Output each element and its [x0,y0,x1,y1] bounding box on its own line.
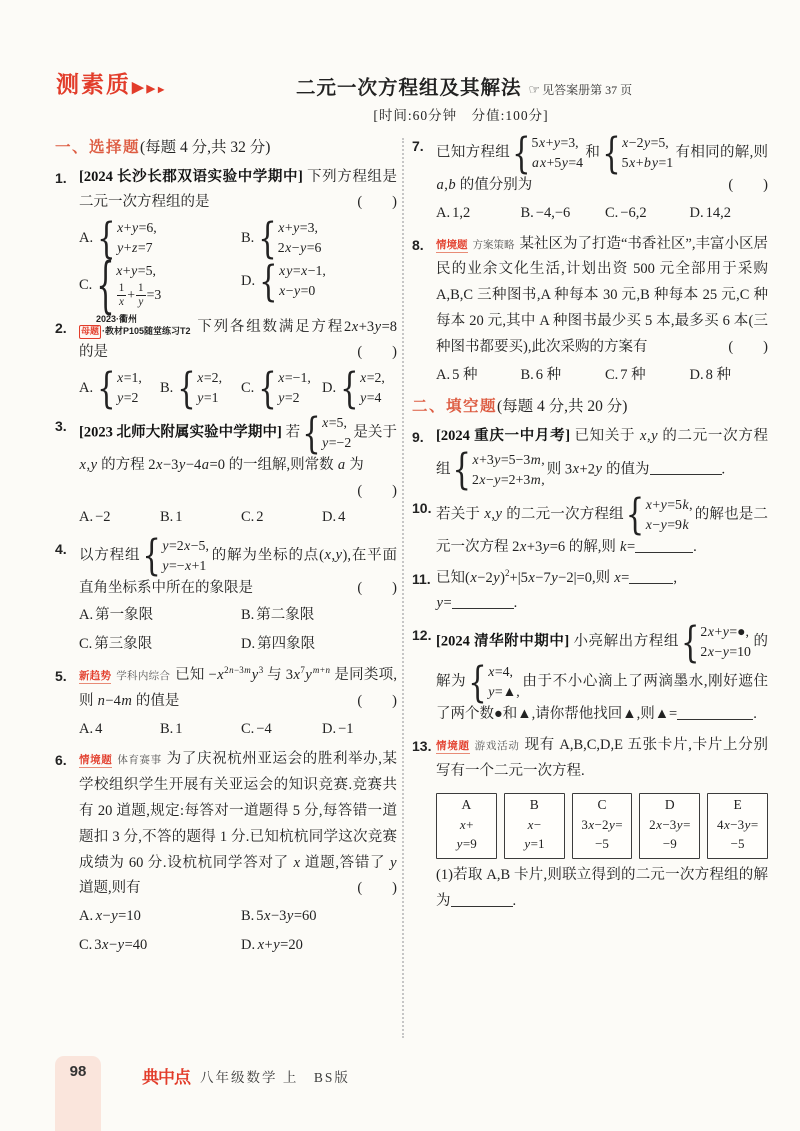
fraction: 1x [117,282,127,308]
math-run: −2 [95,509,110,525]
text-run: 与 [263,667,286,683]
brace-icon: { [602,132,620,174]
text-run: 第四象限 [257,636,315,652]
brace-icon: { [468,661,486,703]
text-run: 已知 [436,570,465,586]
option-label: B. [521,205,534,221]
card-line: y=9 [437,834,496,854]
tag-subcategory: 体育赛事 [117,755,161,766]
math-run: 2x−y=2+3m, [472,470,545,490]
answer-paren: () [357,576,397,602]
option-label: C. [241,509,254,525]
option-label: D. [241,273,255,289]
problem: 3.[2023 北师大附属实验中学期中] 若{x=5,y=−2是关于 x,y 的… [55,413,397,530]
problem-number: 2. [55,316,67,341]
equation-line: x=5, [322,413,347,433]
option: B.{x+y=3,2x−y=6 [241,218,397,258]
topic-tag: 情境题方案策略 [436,240,515,251]
text-run: 8 种 [706,367,731,383]
equation-line: 2x+y=●, [700,622,749,642]
problem: 11.已知(x−2y)2+|5x−7y−2|=0,则 x=,y=. [412,566,768,618]
math-run: x+y=6, [117,218,157,238]
section-paren: (每题 4 分,共 20 分) [497,398,627,415]
math-run: x−y=0 [279,281,316,301]
system-equations: x=4,y=▲, [488,662,520,702]
equation-line: x+y=6, [117,218,157,238]
math-run: 1 [175,509,182,525]
math-run: 1,2 [452,205,470,221]
text-run: 第二象限 [256,607,314,623]
text-run: ,则 [592,570,614,586]
option-label: B. [241,607,254,623]
equation-system: {x+y=5k,x−y=9k [626,495,693,535]
math-run: 2 [256,509,263,525]
answer-blank [650,460,722,475]
math-run: x−y=10 [95,908,141,924]
math-run: −x2n−3my3 [209,667,264,683]
option-label: D. [690,367,704,383]
option: A.x−y=10 [79,904,235,930]
section-header: 二、填空题(每题 4 分,共 20 分) [412,393,768,421]
publisher-logo: 典中点 [142,1063,190,1088]
column-divider [402,138,404,1038]
brace-icon: { [453,449,471,491]
text-run: = [627,539,635,555]
answer-paren: () [357,479,397,505]
equation-system: {2x+y=●,2x−y=10 [681,622,751,662]
system-equations: x+y=3,2x−y=6 [278,218,322,258]
problem-number: 11. [412,567,431,592]
edition-label: 八年级数学 上 BS版 [200,1066,350,1086]
brace-icon: { [258,217,276,259]
brace-icon: { [142,535,160,577]
text-run: 道题,答错了 [301,855,390,871]
math-run: x,y [484,506,503,522]
math-run: ax+5y=4 [532,153,584,173]
option: C.7 种 [605,363,684,389]
problem-number: 1. [55,166,67,191]
source-ref: [2023 北师大附属实验中学期中] [79,425,286,441]
equation-line: xy=x−1, [279,261,326,281]
option: D.{x=2,y=4 [322,368,397,408]
answer-ref: ☞见答案册第 37 页 [529,81,633,100]
brace-icon: { [302,412,320,454]
text-run: . [753,706,757,722]
math-run: x=4, [488,662,513,682]
equation-line: y=▲, [488,682,520,702]
superscript: 2 [505,568,510,578]
equation-card: Bx−y=1 [504,793,565,859]
brace-icon: { [626,494,644,536]
math-run: −1 [338,721,353,737]
option-label: D. [241,937,255,953]
math-run: x=2, [197,368,222,388]
math-run: (x,y) [319,547,347,563]
math-run: x,y [640,428,659,444]
equation-system: {5x+y=3,ax+5y=4 [512,133,583,173]
option: D.8 种 [690,363,769,389]
equation-line: x=2, [197,368,222,388]
text-run: 的值分别为 [456,177,532,193]
tag-category: 情境题 [436,240,468,253]
math-run: 5x−3y=60 [256,908,316,924]
system-equations: x+y=5k,x−y=9k [645,495,692,535]
option: D.14,2 [690,201,769,227]
system-equations: 2x+y=●,2x−y=10 [700,622,751,662]
text-run: 的方程 [98,457,149,473]
option-label: C. [79,636,92,652]
math-run: y [390,855,397,871]
equation-line: y=4 [360,388,382,408]
math-run: 2x−y=6 [278,238,322,258]
equation-system: {x=2,y=4 [340,368,385,408]
text-run: 的二元一次方程组 [502,506,623,522]
answer-blank [452,594,514,609]
equation-system: {x+3y=5−3m,2x−y=2+3m, [453,450,545,490]
superscript: 2n−3m [224,665,251,675]
math-run: x−2y=5, [622,133,669,153]
math-run: 2x+3y=6 [512,539,565,555]
source-ref: [2024 长沙长郡双语实验中学期中] [79,169,307,185]
system-equations: x=2,y=4 [360,368,385,408]
option-label: C. [79,277,92,293]
brand-label: 测素质 [56,71,131,97]
option-label: A. [79,908,93,924]
card-line: x+ [437,815,496,835]
brace-icon: { [681,621,699,663]
tag-category: 新趋势 [79,671,111,684]
system-equations: x=2,y=1 [197,368,222,408]
card-label: D [640,795,699,815]
superscript: m+n [312,665,330,675]
option-label: A. [436,205,450,221]
card-label: A [437,795,496,815]
system-equations: x+y=6,y+z=7 [117,218,157,258]
text-run: = [443,595,451,611]
equation-line: ax+5y=4 [532,153,584,173]
equation-card: D2x−3y=−9 [639,793,700,859]
source-tag-year: 2023·衢州 [79,314,191,326]
option-label: B. [241,230,254,246]
text-run: 则 [547,461,565,477]
option: B.1 [160,505,235,531]
option: B.5x−3y=60 [241,904,397,930]
problem-number: 6. [55,748,67,773]
equation-system: {x=2,y=1 [177,368,222,408]
math-run: 4 [95,721,102,737]
fraction-numerator: 1 [117,282,127,296]
answer-paren: () [728,173,768,199]
math-run: y=−x+1 [162,556,207,576]
card-line: −5 [573,834,632,854]
equation-system: {xy=x−1,x−y=0 [259,261,326,301]
math-run: y=4 [360,388,382,408]
problem: 5.新趋势学科内综合已知 −x2n−3my3 与 3x7ym+n 是同类项,则 … [55,663,397,742]
section-label: 一、选择题 [55,139,140,156]
system-equations: 5x+y=3,ax+5y=4 [532,133,584,173]
card-line: y=1 [505,834,564,854]
equation-line: y=1 [197,388,219,408]
option-label: C. [79,937,92,953]
brand-arrows-icon: ▶▶▶ [131,71,166,97]
text-run: 的是 [79,344,108,360]
math-run: x=−1, [278,368,311,388]
equation-line: 1x+1y=3 [116,281,162,309]
math-run: + [127,285,135,305]
equation-line: y=2 [117,388,139,408]
text-run: 第一象限 [95,607,153,623]
math-run: x+y=20 [257,937,303,953]
equation-system: {x=−1,y=2 [258,368,311,408]
text-run: 已知 [175,667,208,683]
page-footer: 典中点 八年级数学 上 BS版 [142,1063,350,1088]
equation-line: x−y=0 [279,281,316,301]
system-equations: x+3y=5−3m,2x−y=2+3m, [472,450,545,490]
math-run: 2x−3y−4a=0 [148,457,225,473]
equation-line: x=1, [117,368,142,388]
equation-line: 5x+by=1 [622,153,674,173]
option: C.−4 [241,717,316,743]
text-run: 道题,则有 [79,880,141,896]
option: C.{x+y=5,1x+1y=3 [79,261,235,309]
math-run: x+y=5k, [645,495,692,515]
option-label: D. [322,721,336,737]
option-label: D. [690,205,704,221]
card-line: x− [505,815,564,835]
options: A.{x=1,y=2B.{x=2,y=1C.{x=−1,y=2D.{x=2,y=… [79,368,397,408]
option: A.4 [79,717,154,743]
math-run: y=−2 [322,433,352,453]
card-label: B [505,795,564,815]
section-paren: (每题 4 分,共 32 分) [140,139,270,156]
answer-paren: () [357,340,397,366]
math-run: y=2 [278,388,300,408]
option: D.第四象限 [241,632,397,658]
answer-paren: () [357,190,397,216]
section-header: 一、选择题(每题 4 分,共 32 分) [55,134,397,162]
math-run: x+y=3, [278,218,318,238]
math-run: y=2x−5, [162,536,209,556]
text-run: 的一组解,则常数 [225,457,337,473]
brace-icon: { [259,260,277,302]
problem: 1.[2024 长沙长郡双语实验中学期中] 下列方程组是二元一次方程组的是()A… [55,165,397,310]
math-run: −4 [256,721,271,737]
fraction-denominator: y [136,296,146,309]
text-run: 有相同的解,则 [675,144,768,160]
math-run: x+3y=5−3m, [472,450,545,470]
brace-icon: { [512,132,530,174]
problem: 12.[2024 清华附中期中] 小亮解出方程组{2x+y=●,2x−y=10的… [412,622,768,728]
math-run: 3x−y=40 [94,937,147,953]
fraction: 1y [136,282,146,308]
option-label: D. [241,636,255,652]
card-label: E [708,795,767,815]
card-line: 3x−2y= [573,815,632,835]
problem-number: 13. [412,734,431,759]
math-run: x,y [79,457,98,473]
option: C.第三象限 [79,632,235,658]
tag-category: 情境题 [436,741,470,754]
problem-number: 10. [412,496,431,521]
equation-line: 2x−y=2+3m, [472,470,545,490]
option: D.x+y=20 [241,933,397,959]
option: B.6 种 [521,363,600,389]
topic-tag: 情境题游戏活动 [436,741,520,752]
option: B.1 [160,717,235,743]
equation-line: x=4, [488,662,513,682]
mother-problem-badge: 母题 [79,325,101,339]
math-run: a [337,457,345,473]
problem: 9.[2024 重庆一中月考] 已知关于 x,y 的二元一次方程组{x+3y=5… [412,424,768,490]
option: D.{xy=x−1,x−y=0 [241,261,397,309]
equation-card: C3x−2y=−5 [572,793,633,859]
equation-line: x+y=5, [116,261,156,281]
math-run: n−4m [97,693,132,709]
option-label: B. [160,721,173,737]
text-run: 7 种 [620,367,645,383]
tag-subcategory: 方案策略 [473,240,515,251]
equation-system: {x=1,y=2 [97,368,142,408]
equation-line: x=2, [360,368,385,388]
problem-number: 12. [412,623,431,648]
option: A.{x=1,y=2 [79,368,154,408]
equation-system: {x+y=3,2x−y=6 [258,218,321,258]
equation-line: x+3y=5−3m, [472,450,545,470]
math-run: y+z=7 [117,238,153,258]
math-run: xy=x−1, [279,261,326,281]
option-label: B. [521,367,534,383]
option-label: A. [79,509,93,525]
page-title: 二元一次方程组及其解法 [296,72,522,100]
problem: 7.已知方程组{5x+y=3,ax+5y=4和{x−2y=5,5x+by=1有相… [412,133,768,227]
equation-line: y=2 [278,388,300,408]
section-label: 二、填空题 [412,398,497,415]
column-1: 一、选择题(每题 4 分,共 32 分)1.[2024 长沙长郡双语实验中学期中… [55,133,397,964]
text-run: 已知方程组 [436,144,510,160]
problem-number: 5. [55,664,67,689]
worksheet-page: 测素质▶▶▶ 二元一次方程组及其解法 ☞见答案册第 37 页 [时间:60分钟 … [0,0,800,1131]
equation-line: x=−1, [278,368,311,388]
math-run: 3x7ym+n [286,667,331,683]
options: A.x−y=10B.5x−3y=60C.3x−y=40D.x+y=20 [79,904,397,959]
option: B.{x=2,y=1 [160,368,235,408]
source-ref: [2024 清华附中期中] [436,633,573,649]
text-run: 下列各组数满足方程 [196,319,344,335]
option: C.−6,2 [605,201,684,227]
text-run: 是关于 [353,425,397,441]
equation-line: y=2x−5, [162,536,209,556]
text-run: . [722,461,726,477]
options: A.4B.1C.−4D.−1 [79,717,397,743]
option: C.{x=−1,y=2 [241,368,316,408]
options: A.{x+y=6,y+z=7B.{x+y=3,2x−y=6C.{x+y=5,1x… [79,218,397,309]
option-label: B. [241,908,254,924]
page-number-box: 98 [55,1056,101,1131]
equation-line: y=−2 [322,433,352,453]
source-tag: 2023·衢州母题·教材P105随堂练习T2 [79,314,191,339]
text-run: . [693,539,697,555]
text-run: 的解为坐标的点 [211,547,319,563]
equation-system: {x−2y=5,5x+by=1 [602,133,673,173]
equation-system: {x=4,y=▲, [468,662,519,702]
system-equations: y=2x−5,y=−x+1 [162,536,209,576]
math-run: 2x+y=●, [700,622,749,642]
equation-system: {x=5,y=−2 [302,413,351,453]
text-run: 小亮解出方程组 [573,633,678,649]
answer-blank [451,892,513,907]
text-run: 6 种 [536,367,561,383]
math-run: 4 [338,509,345,525]
answer-blank [629,569,673,584]
option-label: A. [79,607,93,623]
equation-line: x−2y=5, [622,133,669,153]
problem: 8.情境题方案策略某社区为了打造“书香社区”,丰富小区居民的业余文化生活,计划出… [412,232,768,389]
answer-blank [677,705,753,720]
math-run: 5x+y=3, [532,133,579,153]
equation-line: x+y=3, [278,218,318,238]
equation-line: 5x+y=3, [532,133,579,153]
math-run: 3x+2y [565,461,603,477]
equation-line: x−y=9k [645,515,689,535]
card-line: 4x−3y= [708,815,767,835]
source-ref: [2024 重庆一中月考] [436,428,574,444]
text-run: 若关于 [436,506,484,522]
equation-card: Ax+y=9 [436,793,497,859]
problem-number: 3. [55,414,67,439]
math-run: 2x−y=10 [700,642,751,662]
option-label: D. [322,509,336,525]
option: B.第二象限 [241,603,397,629]
math-run: x=1, [117,368,142,388]
options: A.5 种B.6 种C.7 种D.8 种 [436,363,768,389]
brace-icon: { [258,367,276,409]
text-run: 的值为 [602,461,649,477]
math-run: −6,2 [620,205,646,221]
text-run: = [621,570,629,586]
text-run: 5 种 [452,367,477,383]
brace-icon: { [96,255,114,316]
text-run: 若 [286,425,301,441]
option-label: B. [160,380,173,396]
tag-category: 情境题 [79,755,112,768]
options: A.第一象限B.第二象限C.第三象限D.第四象限 [79,603,397,658]
math-run: x=2, [360,368,385,388]
equation-card: E4x−3y=−5 [707,793,768,859]
equation-line: 2x−y=6 [278,238,322,258]
option-label: D. [322,380,336,396]
math-run: y=2 [117,388,139,408]
option: C.3x−y=40 [79,933,235,959]
option: D.4 [322,505,397,531]
text-run: 的值是 [132,693,179,709]
option-label: A. [79,721,93,737]
equation-line: x+y=5k, [645,495,692,515]
equation-line: y=−x+1 [162,556,207,576]
option: A.5 种 [436,363,515,389]
answer-paren: () [728,335,768,361]
math-run: k [620,539,627,555]
options: A.1,2B.−4,−6C.−6,2D.14,2 [436,201,768,227]
math-run: x [293,855,300,871]
answer-ref-label: 见答案册第 37 页 [542,83,632,97]
math-run: x=5, [322,413,347,433]
option-label: A. [436,367,450,383]
option: C.2 [241,505,316,531]
brace-icon: { [340,367,358,409]
problem-number: 9. [412,425,424,450]
source-tag-ref: ·教材P105随堂练习T2 [102,326,191,338]
math-run: x [614,570,621,586]
